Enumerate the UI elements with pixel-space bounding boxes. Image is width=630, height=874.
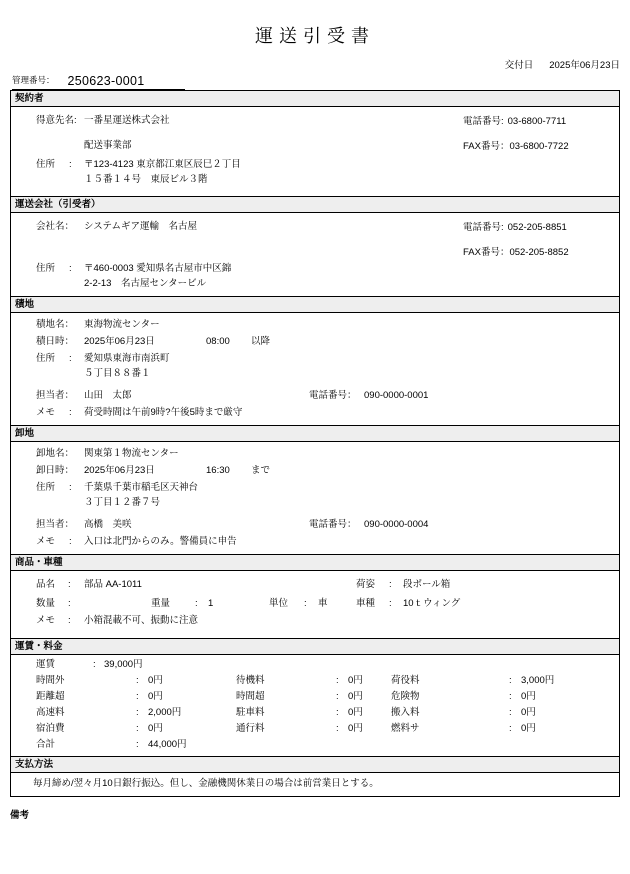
fee-label: 通行料 — [236, 721, 336, 737]
fee-cell: 時間超:0円 — [236, 689, 363, 705]
address-line1: 千葉県千葉市稲毛区天神台 — [84, 479, 198, 496]
vehicle-group: 車種 : 10ｔウィング — [356, 594, 460, 613]
address-line2: ５丁目８８番１ — [84, 367, 151, 381]
payment-terms-text: 毎月締め/翌々月10日銀行振込。但し、金融機関休業日の場合は前営業日とする。 — [33, 778, 379, 789]
section-body-unloading: 卸地名： 関東第１物流センター 卸日時： 2025年06月23日 16:30 ま… — [10, 442, 620, 555]
address-colon: : — [69, 350, 84, 367]
packing-value: 段ボール箱 — [403, 575, 450, 594]
fee-cell: 荷役料:3,000円 — [391, 673, 554, 689]
memo-value: 荷受時間は午前9時?午後5時まで厳守 — [84, 404, 242, 421]
fee-colon: : — [336, 705, 348, 721]
control-number-label: 管理番号： — [12, 74, 55, 88]
unloading-datetime-label: 卸日時： — [36, 462, 84, 479]
contact-label: 担当者： — [36, 387, 84, 404]
fee-label: 燃料サ — [391, 721, 509, 737]
fee-row: 高速料 : 2,000円 駐車料:0円 搬入料:0円 — [36, 705, 619, 721]
item-value: 部品 AA-1011 — [84, 575, 142, 594]
fee-value: 0円 — [521, 689, 536, 705]
section-header-contractor: 契約者 — [10, 90, 620, 107]
goods-quantity-row: 数量 : 重量 : 1 単位 : 車 車種 : — [36, 594, 619, 613]
section-header-unloading: 卸地 — [10, 425, 620, 442]
fee-colon: : — [136, 705, 148, 721]
loading-memo-row: メモ : 荷受時間は午前9時?午後5時まで厳守 — [36, 404, 619, 421]
vehicle-label: 車種 — [356, 594, 389, 613]
section-body-carrier: 会社名： システムギア運輸 名古屋 住所 : 〒460-0003 愛知県名古屋市… — [10, 213, 620, 297]
fee-total-row: 合計 : 44,000円 — [36, 737, 619, 753]
fee-label: 危険物 — [391, 689, 509, 705]
packing-colon: : — [389, 575, 403, 594]
goods-memo-row: メモ : 小箱混載不可、振動に注意 — [36, 613, 619, 629]
fee-value: 3,000円 — [521, 673, 554, 689]
unloading-name-value: 関東第１物流センター — [84, 445, 179, 462]
issue-date-value: 2025年06月23日 — [549, 60, 620, 71]
contractor-fax: FAX番号：03-6800-7722 — [463, 138, 569, 152]
fee-colon: : — [136, 673, 148, 689]
fee-label: 距離超 — [36, 689, 136, 705]
fee-total-colon: : — [136, 737, 148, 753]
fee-label: 駐車料 — [236, 705, 336, 721]
fee-value: 0円 — [148, 721, 163, 737]
address-line2: １５番１４号 東辰ビル３階 — [84, 173, 208, 187]
address-label: 住所 — [36, 156, 69, 173]
address-line1: 〒123-4123 東京都江東区辰巳２丁目 — [84, 156, 241, 173]
contractor-address-row2: １５番１４号 東辰ビル３階 — [36, 173, 619, 187]
carrier-fax: FAX番号：052-205-8852 — [463, 244, 569, 258]
memo-value: 入口は北門からのみ。警備員に申告 — [84, 533, 237, 550]
memo-value: 小箱混載不可、振動に注意 — [84, 613, 198, 629]
fee-total-value: 44,000円 — [148, 737, 187, 753]
fee-colon: : — [509, 673, 521, 689]
contact-value: 高橋 美咲 — [84, 516, 132, 533]
control-number-row: 管理番号： 250623-0001 — [12, 74, 185, 90]
memo-colon: : — [68, 613, 84, 629]
address-line1: 愛知県東海市南浜町 — [84, 350, 170, 367]
remarks-heading: 備考 — [10, 807, 630, 821]
weight-group: 重量 : 1 — [151, 594, 213, 613]
fee-cell: 待機料:0円 — [236, 673, 363, 689]
fee-colon: : — [136, 689, 148, 705]
unloading-contact-row: 担当者： 高橋 美咲 電話番号： 090-0000-0004 — [36, 516, 619, 533]
section-unloading: 卸地 卸地名： 関東第１物流センター 卸日時： 2025年06月23日 16:3… — [10, 425, 620, 555]
company-name-value: システムギア運輸 名古屋 — [84, 218, 197, 235]
address-colon: : — [69, 260, 84, 277]
loading-datetime-label: 積日時： — [36, 333, 84, 350]
section-body-goods: 品名 : 部品 AA-1011 荷姿 : 段ボール箱 数量 : 重量 : — [10, 571, 620, 639]
fax-label: FAX番号： — [463, 247, 509, 258]
loading-time-value: 08:00 — [206, 333, 251, 350]
fee-cell: 搬入料:0円 — [391, 705, 536, 721]
phone-value: 090-0000-0001 — [364, 387, 428, 404]
fee-value: 0円 — [148, 673, 163, 689]
memo-label: メモ — [36, 533, 69, 550]
unloading-phone: 電話番号： 090-0000-0004 — [309, 516, 428, 533]
section-body-payment: 毎月締め/翌々月10日銀行振込。但し、金融機関休業日の場合は前営業日とする。 — [10, 773, 620, 797]
fee-base-row: 運賃 : 39,000円 — [36, 657, 619, 673]
item-label: 品名 — [36, 575, 68, 594]
unit-group: 単位 : 車 — [269, 594, 328, 613]
company-name-label: 会社名： — [36, 218, 84, 235]
address-label: 住所 — [36, 260, 69, 277]
fee-colon: : — [336, 689, 348, 705]
phone-label: 電話番号: — [463, 116, 504, 127]
weight-colon: : — [195, 594, 208, 613]
section-body-loading: 積地名： 東海物流センター 積日時： 2025年06月23日 08:00 以降 … — [10, 313, 620, 426]
section-header-goods: 商品・車種 — [10, 554, 620, 571]
loading-name-row: 積地名： 東海物流センター — [36, 316, 619, 333]
fee-label: 時間超 — [236, 689, 336, 705]
fee-row: 距離超 : 0円 時間超:0円 危険物:0円 — [36, 689, 619, 705]
fee-value: 2,000円 — [148, 705, 181, 721]
fee-colon: : — [336, 673, 348, 689]
fee-base-value: 39,000円 — [104, 657, 143, 673]
sections: 契約者 得意先名: 一番星運送株式会社 配送事業部 住所 : 〒123-4123… — [10, 90, 620, 797]
address-line1: 〒460-0003 愛知県名古屋市中区錦 — [84, 260, 231, 277]
document-title: 運送引受書 — [0, 0, 630, 48]
unloading-name-row: 卸地名： 関東第１物流センター — [36, 445, 619, 462]
unloading-name-label: 卸地名： — [36, 445, 84, 462]
fee-value: 0円 — [521, 705, 536, 721]
contact-label: 担当者： — [36, 516, 84, 533]
unit-colon: : — [304, 594, 318, 613]
fee-value: 0円 — [348, 673, 363, 689]
weight-value: 1 — [208, 594, 213, 613]
fee-colon: : — [336, 721, 348, 737]
address-colon: : — [69, 156, 84, 173]
vehicle-colon: : — [389, 594, 403, 613]
fee-colon: : — [509, 705, 521, 721]
fax-value: 052-205-8852 — [509, 247, 568, 258]
contractor-address-row: 住所 : 〒123-4123 東京都江東区辰巳２丁目 — [36, 156, 619, 173]
packing-label: 荷姿 — [356, 575, 389, 594]
loading-phone: 電話番号： 090-0000-0001 — [309, 387, 428, 404]
section-body-fees: 運賃 : 39,000円 時間外 : 0円 待機料:0円 荷役料:3,000円 … — [10, 655, 620, 757]
fee-colon: : — [136, 721, 148, 737]
fee-label: 搬入料 — [391, 705, 509, 721]
section-loading: 積地 積地名： 東海物流センター 積日時： 2025年06月23日 08:00 … — [10, 296, 620, 426]
address-label: 住所 — [36, 350, 69, 367]
fax-value: 03-6800-7722 — [509, 141, 568, 152]
fee-base-colon: : — [93, 657, 104, 673]
address-label: 住所 — [36, 479, 69, 496]
quantity-label: 数量 — [36, 594, 68, 613]
fee-value: 0円 — [148, 689, 163, 705]
phone-value: 03-6800-7711 — [508, 116, 566, 127]
loading-time-suffix: 以降 — [251, 333, 270, 350]
unit-label: 単位 — [269, 594, 304, 613]
unit-value: 車 — [318, 594, 328, 613]
carrier-address-row: 住所 : 〒460-0003 愛知県名古屋市中区錦 — [36, 260, 619, 277]
fee-value: 0円 — [348, 705, 363, 721]
memo-label: メモ — [36, 613, 68, 629]
unloading-datetime-row: 卸日時： 2025年06月23日 16:30 まで — [36, 462, 619, 479]
fee-cell: 危険物:0円 — [391, 689, 536, 705]
phone-label: 電話番号: — [463, 222, 504, 233]
loading-address-row2: ５丁目８８番１ — [36, 367, 619, 381]
fee-cell: 通行料:0円 — [236, 721, 363, 737]
customer-name-value: 一番星運送株式会社 — [84, 112, 170, 129]
unloading-date-value: 2025年06月23日 — [84, 462, 206, 479]
fee-label: 宿泊費 — [36, 721, 136, 737]
fee-row: 時間外 : 0円 待機料:0円 荷役料:3,000円 — [36, 673, 619, 689]
section-header-payment: 支払方法 — [10, 756, 620, 773]
fee-row: 宿泊費 : 0円 通行料:0円 燃料サ:0円 — [36, 721, 619, 737]
document-page: 運送引受書 交付日2025年06月23日 管理番号： 250623-0001 契… — [0, 0, 630, 874]
unloading-time-value: 16:30 — [206, 462, 251, 479]
memo-colon: : — [69, 404, 84, 421]
section-body-contractor: 得意先名: 一番星運送株式会社 配送事業部 住所 : 〒123-4123 東京都… — [10, 107, 620, 197]
unloading-time-suffix: まで — [251, 462, 270, 479]
quantity-colon: : — [68, 594, 84, 613]
section-goods: 商品・車種 品名 : 部品 AA-1011 荷姿 : 段ボール箱 数量 : — [10, 554, 620, 639]
section-contractor: 契約者 得意先名: 一番星運送株式会社 配送事業部 住所 : 〒123-4123… — [10, 90, 620, 197]
phone-value: 090-0000-0004 — [364, 516, 428, 533]
weight-label: 重量 — [151, 594, 195, 613]
address-line2: 2-2-13 名古屋センタービル — [84, 277, 206, 291]
unloading-address-row2: ３丁目１２番７号 — [36, 496, 619, 510]
phone-value: 052-205-8851 — [508, 222, 567, 233]
control-number-value: 250623-0001 — [68, 74, 145, 88]
customer-dept-value: 配送事業部 — [84, 137, 132, 154]
address-colon: : — [69, 479, 84, 496]
loading-name-value: 東海物流センター — [84, 316, 160, 333]
loading-datetime-row: 積日時： 2025年06月23日 08:00 以降 — [36, 333, 619, 350]
fee-label: 時間外 — [36, 673, 136, 689]
memo-colon: : — [69, 533, 84, 550]
fee-colon: : — [509, 689, 521, 705]
loading-contact-row: 担当者： 山田 太郎 電話番号： 090-0000-0001 — [36, 387, 619, 404]
carrier-address-row2: 2-2-13 名古屋センタービル — [36, 277, 619, 291]
phone-label: 電話番号： — [309, 516, 364, 533]
fee-colon: : — [509, 721, 521, 737]
section-header-carrier: 運送会社（引受者） — [10, 196, 620, 213]
packing-group: 荷姿 : 段ボール箱 — [356, 575, 450, 594]
goods-item-row: 品名 : 部品 AA-1011 荷姿 : 段ボール箱 — [36, 575, 619, 594]
item-colon: : — [68, 575, 84, 594]
fee-base-label: 運賃 — [36, 657, 93, 673]
contractor-phone: 電話番号:03-6800-7711 — [463, 113, 566, 127]
loading-name-label: 積地名： — [36, 316, 84, 333]
fee-cell: 燃料サ:0円 — [391, 721, 536, 737]
fax-label: FAX番号： — [463, 141, 509, 152]
memo-label: メモ — [36, 404, 69, 421]
section-fees: 運賃・料金 運賃 : 39,000円 時間外 : 0円 待機料:0円 荷役料:3… — [10, 638, 620, 757]
fee-value: 0円 — [348, 689, 363, 705]
fee-cell: 駐車料:0円 — [236, 705, 363, 721]
loading-address-row: 住所 : 愛知県東海市南浜町 — [36, 350, 619, 367]
issue-date-label: 交付日 — [505, 60, 534, 71]
fee-value: 0円 — [348, 721, 363, 737]
fee-label: 荷役料 — [391, 673, 509, 689]
section-header-fees: 運賃・料金 — [10, 638, 620, 655]
contact-value: 山田 太郎 — [84, 387, 132, 404]
fee-label: 高速料 — [36, 705, 136, 721]
unloading-memo-row: メモ : 入口は北門からのみ。警備員に申告 — [36, 533, 619, 550]
issue-date-row: 交付日2025年06月23日 — [0, 48, 630, 71]
customer-name-label: 得意先名: — [36, 112, 84, 129]
address-line2: ３丁目１２番７号 — [84, 496, 160, 510]
fee-value: 0円 — [521, 721, 536, 737]
vehicle-value: 10ｔウィング — [403, 594, 460, 613]
carrier-phone: 電話番号:052-205-8851 — [463, 219, 567, 233]
unloading-address-row: 住所 : 千葉県千葉市稲毛区天神台 — [36, 479, 619, 496]
loading-date-value: 2025年06月23日 — [84, 333, 206, 350]
section-payment: 支払方法 毎月締め/翌々月10日銀行振込。但し、金融機関休業日の場合は前営業日と… — [10, 756, 620, 797]
fee-total-label: 合計 — [36, 737, 136, 753]
section-header-loading: 積地 — [10, 296, 620, 313]
fee-label: 待機料 — [236, 673, 336, 689]
section-carrier: 運送会社（引受者） 会社名： システムギア運輸 名古屋 住所 : 〒460-00… — [10, 196, 620, 297]
phone-label: 電話番号： — [309, 387, 364, 404]
